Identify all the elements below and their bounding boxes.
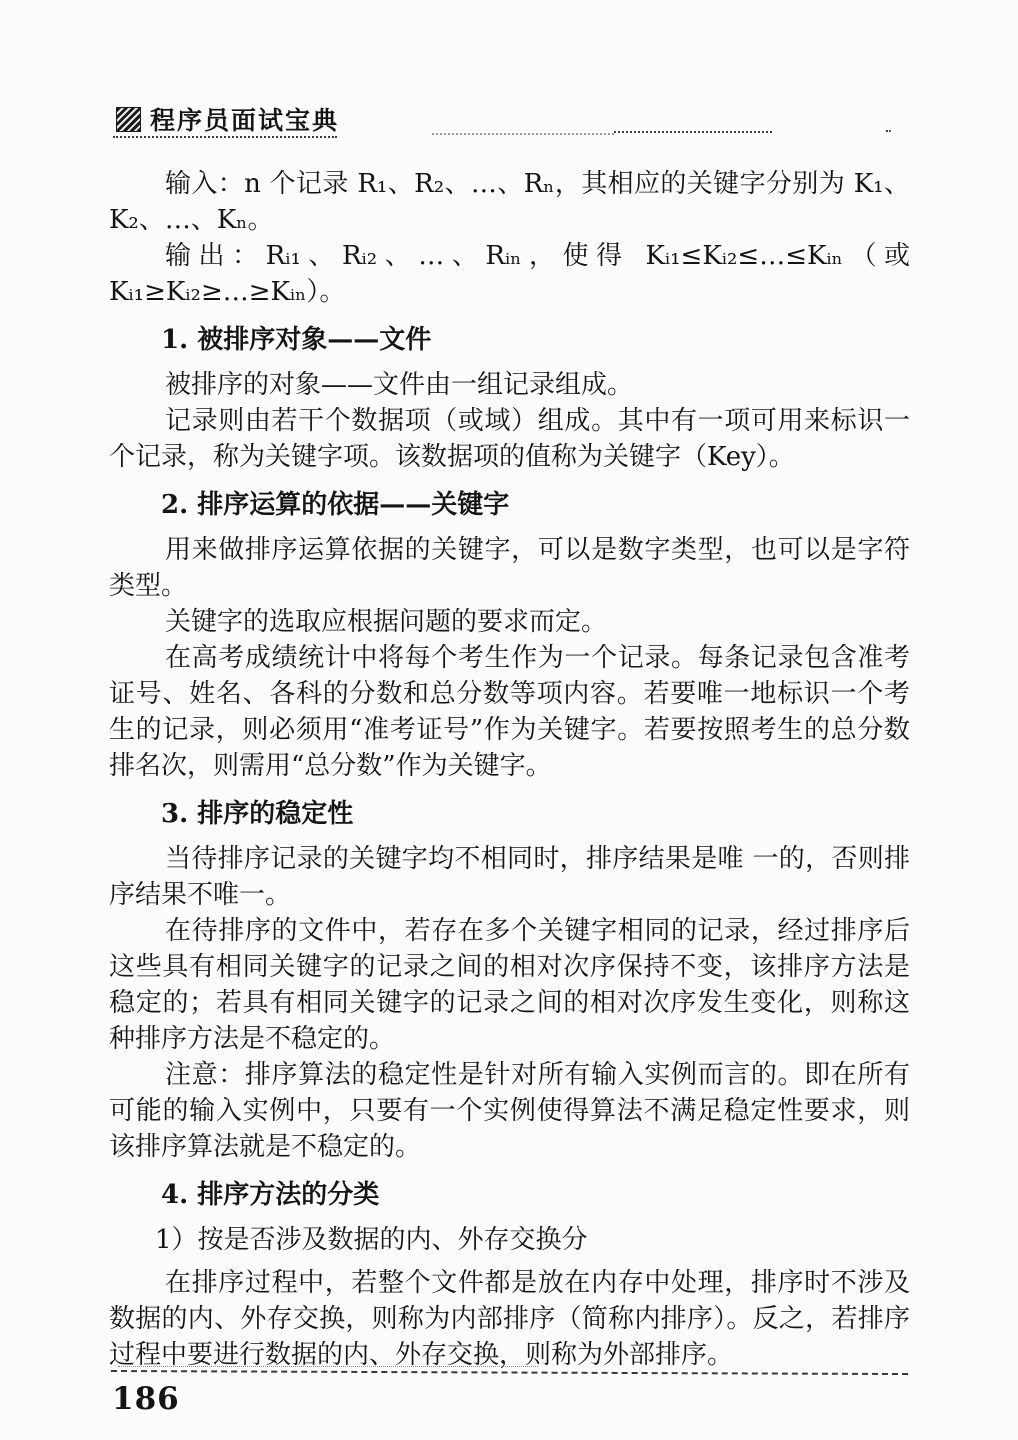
- section3-paragraph-1: 当待排序记录的关键字均不相同时，排序结果是唯 一的，否则排序结果不唯一。: [109, 841, 910, 913]
- book-title: 程序员面试宝典: [150, 101, 339, 137]
- section2-paragraph-1: 用来做排序运算依据的关键字，可以是数字类型，也可以是字符类型。: [109, 532, 910, 604]
- header-divider-segment: [432, 133, 614, 135]
- section4-paragraph-1: 在排序过程中，若整个文件都是放在内存中处理，排序时不涉及数据的内、外存交换，则称…: [109, 1265, 910, 1373]
- section-heading-2: 2. 排序运算的依据——关键字: [109, 487, 910, 523]
- section2-paragraph-3: 在高考成绩统计中将每个考生作为一个记录。每条记录包含准考证号、姓名、各科的分数和…: [109, 640, 910, 784]
- input-definition-paragraph: 输入：n 个记录 R₁、R₂、…、Rₙ，其相应的关键字分别为 K₁、K₂、…、K…: [109, 166, 910, 238]
- section3-paragraph-2: 在待排序的文件中，若存在多个关键字相同的记录，经过排序后这些具有相同关键字的记录…: [109, 913, 910, 1057]
- section2-paragraph-2: 关键字的选取应根据问题的要求而定。: [109, 604, 910, 640]
- section1-paragraph-2: 记录则由若干个数据项（或域）组成。其中有一项可用来标识一个记录，称为关键字项。该…: [109, 403, 910, 475]
- section1-paragraph-1: 被排序的对象——文件由一组记录组成。: [109, 367, 910, 403]
- section-heading-1: 1. 被排序对象——文件: [109, 322, 910, 358]
- section-heading-4: 4. 排序方法的分类: [109, 1177, 910, 1213]
- header-divider-dot: [886, 130, 891, 132]
- book-logo-icon: [117, 108, 140, 131]
- output-definition-paragraph: 输出：Rᵢ₁、Rᵢ₂、…、Rᵢₙ，使得 Kᵢ₁≤Kᵢ₂≤…≤Kᵢₙ（或 Kᵢ₁≥…: [109, 238, 910, 310]
- header-divider-segment: [614, 131, 772, 133]
- scanned-book-page: 程序员面试宝典 输入：n 个记录 R₁、R₂、…、Rₙ，其相应的关键字分别为 K…: [0, 0, 1018, 1440]
- page-body: 输入：n 个记录 R₁、R₂、…、Rₙ，其相应的关键字分别为 K₁、K₂、…、K…: [109, 166, 910, 1373]
- section3-paragraph-3: 注意：排序算法的稳定性是针对所有输入实例而言的。即在所有可能的输入实例中，只要有…: [109, 1057, 910, 1165]
- section-heading-3: 3. 排序的稳定性: [109, 796, 910, 832]
- section4-subheading-1: 1）按是否涉及数据的内、外存交换分: [109, 1222, 910, 1258]
- footer-divider-texture: [118, 1366, 538, 1367]
- page-number: 186: [112, 1381, 180, 1417]
- header-divider-segment: [113, 136, 337, 138]
